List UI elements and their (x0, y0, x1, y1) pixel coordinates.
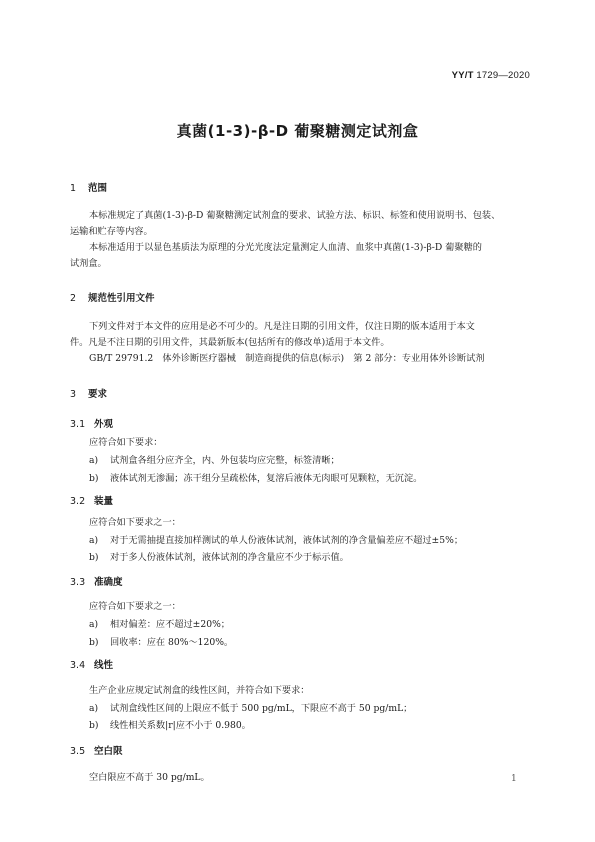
section-number: 3.5 (70, 746, 94, 757)
section-title: 装量 (94, 496, 113, 507)
list-text: 液体试剂无渗漏；冻干组分呈疏松体，复溶后液体无肉眼可见颗粒，无沉淀。 (110, 473, 422, 484)
list-item: a)相对偏差：应不超过±20%； (89, 616, 230, 630)
list-item: b)对于多人份液体试剂，液体试剂的净含量应不少于标示值。 (89, 549, 349, 563)
section-title: 线性 (94, 660, 113, 671)
reference-entry: GB/T 29791.2 体外诊断医疗器械 制造商提供的信息(标示) 第 2 部… (70, 351, 525, 367)
section-number: 3 (70, 389, 88, 400)
section-3-2-intro: 应符合如下要求之一： (89, 514, 181, 528)
list-item: b)液体试剂无渗漏；冻干组分呈疏松体，复溶后液体无肉眼可见颗粒，无沉淀。 (89, 470, 422, 484)
section-title: 空白限 (94, 746, 123, 757)
section-3-4-intro: 生产企业应规定试剂盒的线性区间，并符合如下要求： (89, 682, 310, 696)
section-1-heading: 1范围 (70, 180, 107, 194)
list-item: b)回收率：应在 80%～120%。 (89, 634, 233, 648)
section-3-1-intro: 应符合如下要求： (89, 434, 163, 448)
paragraph-line: 运输和贮存等内容。 (70, 224, 525, 240)
standard-number: 1729—2020 (476, 70, 530, 81)
section-3-5-heading: 3.5空白限 (70, 743, 123, 757)
standard-code: YY/T 1729—2020 (452, 70, 530, 81)
section-number: 1 (70, 183, 88, 194)
section-title: 范围 (88, 183, 107, 194)
section-3-4-heading: 3.4线性 (70, 657, 113, 671)
standard-prefix: YY/T (452, 70, 474, 81)
list-marker: b) (89, 637, 110, 648)
section-number: 2 (70, 293, 88, 304)
list-marker: b) (89, 720, 110, 731)
list-item: a)试剂盒各组分应齐全，内、外包装均应完整，标签清晰； (89, 452, 340, 466)
list-marker: a) (89, 703, 110, 714)
section-title: 外观 (94, 419, 113, 430)
section-2-body: 下列文件对于本文件的应用是必不可少的。凡是注日期的引用文件，仅注日期的版本适用于… (70, 319, 525, 367)
section-3-5-text: 空白限应不高于 30 pg/mL。 (89, 769, 210, 783)
section-title: 规范性引用文件 (88, 293, 155, 304)
paragraph-line: 试剂盒。 (70, 256, 525, 272)
section-3-3-intro: 应符合如下要求之一： (89, 598, 181, 612)
paragraph-line: 下列文件对于本文件的应用是必不可少的。凡是注日期的引用文件，仅注日期的版本适用于… (70, 319, 525, 335)
section-3-1-heading: 3.1外观 (70, 416, 113, 430)
document-title: 真菌(1-3)-β-D 葡聚糖测定试剂盒 (0, 120, 595, 141)
section-title: 要求 (88, 389, 107, 400)
list-marker: a) (89, 619, 110, 630)
list-marker: a) (89, 455, 110, 466)
section-3-3-heading: 3.3准确度 (70, 574, 123, 588)
section-1-body: 本标准规定了真菌(1-3)-β-D 葡聚糖测定试剂盒的要求、试验方法、标识、标签… (70, 208, 525, 272)
section-number: 3.2 (70, 496, 94, 507)
list-text: 对于无需抽提直接加样测试的单人份液体试剂，液体试剂的净含量偏差应不超过±5%； (110, 535, 463, 546)
paragraph-line: 本标准适用于以显色基质法为原理的分光光度法定量测定人血清、血浆中真菌(1-3)-… (70, 240, 525, 256)
section-number: 3.3 (70, 577, 94, 588)
paragraph-line: 件。凡是不注日期的引用文件，其最新版本(包括所有的修改单)适用于本文件。 (70, 335, 525, 351)
list-text: 试剂盒各组分应齐全，内、外包装均应完整，标签清晰； (110, 455, 340, 466)
list-text: 线性相关系数|r|应不小于 0.980。 (110, 720, 251, 731)
section-3-2-heading: 3.2装量 (70, 493, 113, 507)
list-text: 试剂盒线性区间的上限应不低于 500 pg/mL，下限应不高于 50 pg/mL… (110, 703, 412, 714)
section-number: 3.1 (70, 419, 94, 430)
section-title: 准确度 (94, 577, 123, 588)
section-3-heading: 3要求 (70, 386, 107, 400)
list-item: a)对于无需抽提直接加样测试的单人份液体试剂，液体试剂的净含量偏差应不超过±5%… (89, 532, 463, 546)
list-text: 回收率：应在 80%～120%。 (110, 637, 233, 648)
list-item: b)线性相关系数|r|应不小于 0.980。 (89, 717, 251, 731)
list-text: 对于多人份液体试剂，液体试剂的净含量应不少于标示值。 (110, 552, 349, 563)
section-number: 3.4 (70, 660, 94, 671)
list-item: a)试剂盒线性区间的上限应不低于 500 pg/mL，下限应不高于 50 pg/… (89, 700, 412, 714)
list-marker: a) (89, 535, 110, 546)
list-marker: b) (89, 552, 110, 563)
section-2-heading: 2规范性引用文件 (70, 290, 155, 304)
list-marker: b) (89, 473, 110, 484)
list-text: 相对偏差：应不超过±20%； (110, 619, 230, 630)
page-number: 1 (511, 774, 517, 784)
paragraph-line: 本标准规定了真菌(1-3)-β-D 葡聚糖测定试剂盒的要求、试验方法、标识、标签… (70, 208, 525, 224)
